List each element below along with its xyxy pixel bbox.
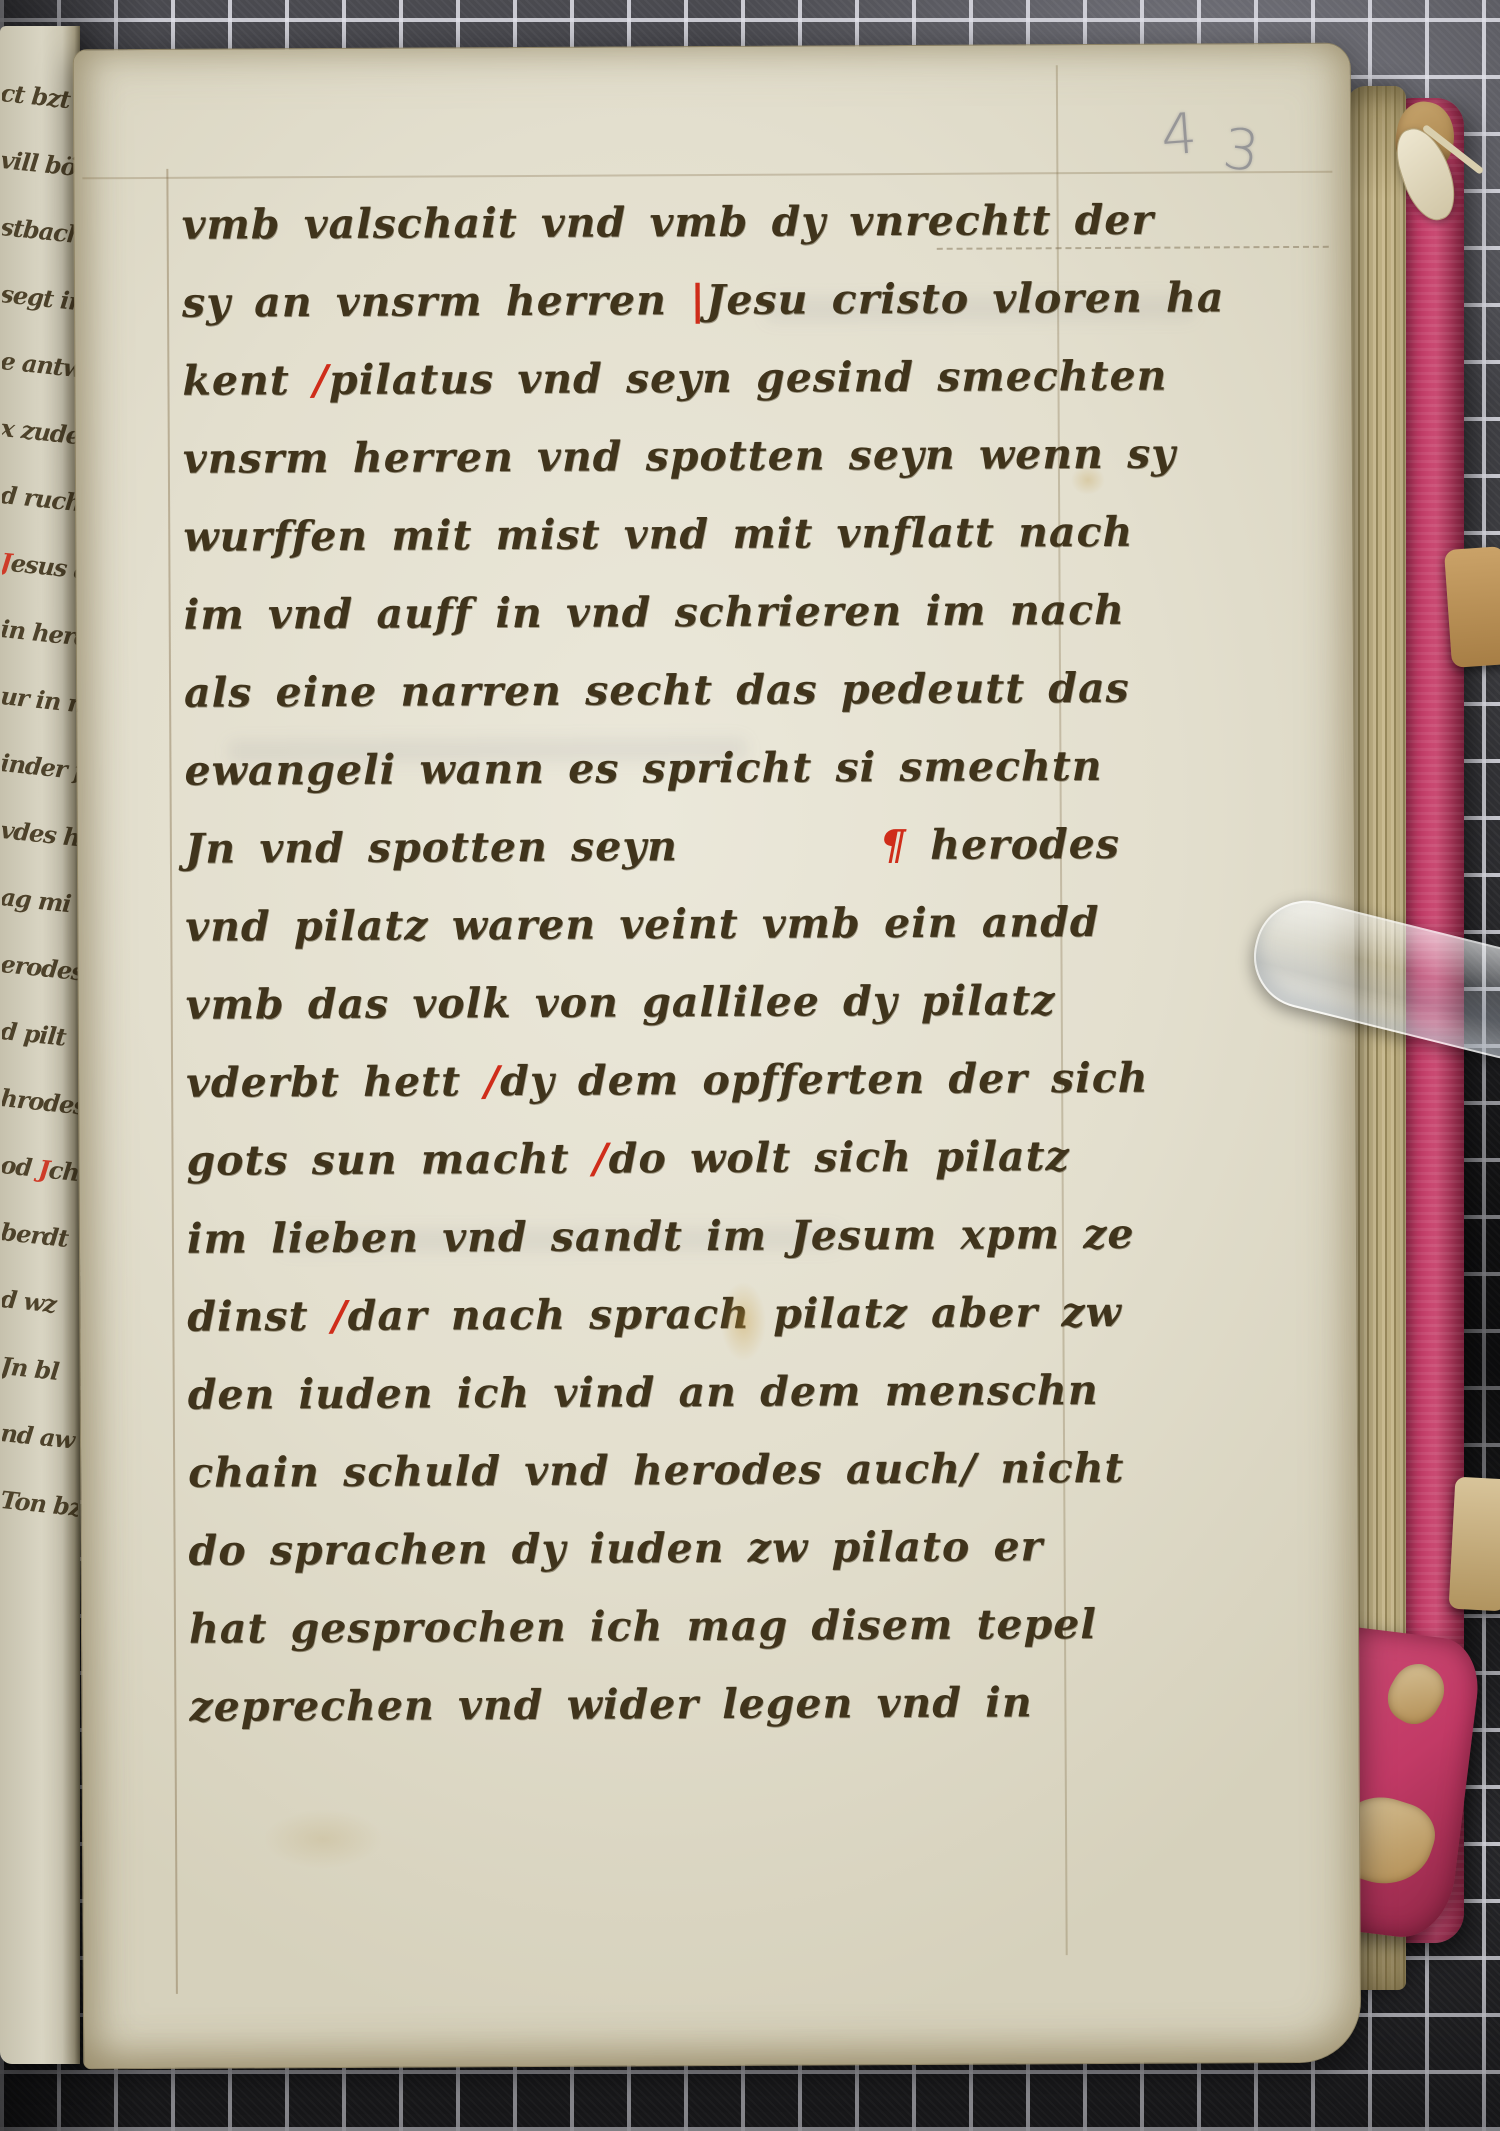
page-number-digit: 3 xyxy=(1219,116,1262,185)
line-segment: do sprachen dy iuden zw pilato er xyxy=(188,1517,1043,1579)
stain xyxy=(263,1809,383,1870)
manuscript-line: Jn vnd spotten seyn¶ herodes xyxy=(185,815,1120,898)
manuscript-line: vnsrm herren vnd spotten seyn wenn sy xyxy=(183,425,1118,508)
line-segment: Jesu cristo vloren ha xyxy=(706,268,1225,329)
facing-page-fragment: hrodes xyxy=(2,1085,78,1160)
manuscript-line: vderbt hett /dy dem opfferten der sich xyxy=(186,1049,1121,1132)
manuscript-line: dinst /dar nach sprach pilatz aber zw xyxy=(187,1283,1122,1366)
line-segment: hat gesprochen ich mag disem tepel xyxy=(189,1595,1097,1658)
line-segment: do wolt sich pilatz xyxy=(609,1127,1070,1187)
facing-page-edge: ct bztvill börstbach spsegt ine antwrtx … xyxy=(0,26,80,2064)
facing-page-fragment: nd aw xyxy=(2,1420,78,1495)
line-segment: in herd xyxy=(2,616,78,692)
line-segment: ¶ xyxy=(880,816,931,874)
line-segment: Ton bz xyxy=(2,1487,78,1562)
line-segment: ewangeli wann es spricht si smechtn xyxy=(184,737,1102,800)
manuscript-line: sy an vnsrm herren |Jesu cristo vloren h… xyxy=(182,269,1117,352)
manuscript-line: im lieben vnd sandt im Jesum xpm ze xyxy=(187,1205,1122,1288)
line-segment: / xyxy=(484,1052,500,1110)
line-segment: d wz xyxy=(2,1286,57,1358)
line-segment: ur in m xyxy=(2,683,78,759)
line-segment: gots sun macht xyxy=(186,1130,593,1190)
line-segment: ag mi xyxy=(2,884,72,958)
strap-fragment-mid xyxy=(1444,546,1500,668)
facing-page-fragment: Ton bz xyxy=(2,1487,78,1562)
facing-page-fragment: d wz xyxy=(2,1286,78,1361)
line-segment: dy dem opfferten der sich xyxy=(500,1049,1149,1110)
facing-page-fragment: erodes b xyxy=(2,951,78,1026)
line-segment: / xyxy=(332,1287,348,1345)
facing-page-fragment: x zuden xyxy=(2,415,78,490)
facing-page-fragment: od Jch xyxy=(2,1152,78,1227)
line-segment: vill bör xyxy=(2,147,78,223)
facing-page-fragment: ct bzt xyxy=(2,80,78,155)
facing-page-fragment: ag mi xyxy=(2,884,78,959)
line-segment: segt in xyxy=(2,281,78,356)
manuscript-line: do sprachen dy iuden zw pilato er xyxy=(188,1517,1123,1600)
line-segment: vmb valschait vnd vmb dy vnrechtt der xyxy=(181,191,1154,254)
line-segment: kent xyxy=(182,351,313,410)
line-segment: chain schuld vnd herodes auch/ nicht xyxy=(188,1439,1124,1502)
line-segment: dar nach sprach pilatz aber zw xyxy=(348,1283,1122,1345)
line-gap xyxy=(678,816,880,817)
line-segment: vnd pilatz waren veint vmb ein andd xyxy=(185,893,1099,956)
line-segment: wurffen mit mist vnd mit vnflatt nach xyxy=(183,503,1133,566)
line-segment: als eine narren secht das pedeutt das xyxy=(184,659,1130,722)
facing-page-fragment: berdt xyxy=(2,1219,78,1294)
facing-page-fragment: d pilt xyxy=(2,1018,78,1093)
manuscript-line: gots sun macht /do wolt sich pilatz xyxy=(186,1127,1121,1210)
manuscript-line: den iuden ich vind an dem menschn xyxy=(188,1361,1123,1444)
line-segment: herodes xyxy=(930,815,1120,874)
facing-page-fragments: ct bztvill börstbach spsegt ine antwrtx … xyxy=(2,80,78,1590)
facing-page-fragment: segt in xyxy=(2,281,78,356)
manuscript-line: vnd pilatz waren veint vmb ein andd xyxy=(185,893,1120,976)
manuscript-line: kent /pilatus vnd seyn gesind smechten xyxy=(182,347,1117,430)
line-segment: pilatus vnd seyn gesind smechten xyxy=(329,347,1168,409)
line-segment: vnsrm herren vnd spotten seyn wenn sy xyxy=(183,425,1177,488)
line-segment: vmb das volk von gallilee dy pilatz xyxy=(186,971,1056,1034)
line-segment: hrodes xyxy=(2,1085,78,1161)
manuscript-line: hat gesprochen ich mag disem tepel xyxy=(189,1595,1124,1678)
line-segment: im lieben vnd sandt im Jesum xpm ze xyxy=(187,1205,1135,1268)
ruling-line-left xyxy=(166,169,178,1994)
facing-page-fragment: d ruchtn xyxy=(2,482,78,557)
manuscript-line: im vnd auff in vnd schrieren im nach xyxy=(184,581,1119,664)
line-segment: Jn vnd spotten seyn xyxy=(185,817,678,878)
line-segment: ch xyxy=(43,1157,78,1227)
line-segment: | xyxy=(690,271,706,329)
line-segment: im vnd auff in vnd schrieren im nach xyxy=(184,581,1126,644)
manuscript-text-block: vmb valschait vnd vmb dy vnrechtt dersy … xyxy=(181,191,1124,1756)
line-segment: Jn bl xyxy=(2,1353,60,1426)
manuscript-line: ewangeli wann es spricht si smechtn xyxy=(184,737,1119,820)
facing-page-fragment: in herd xyxy=(2,616,78,691)
manuscript-line: wurffen mit mist vnd mit vnflatt nach xyxy=(183,503,1118,586)
facing-page-fragment: stbach sp xyxy=(2,214,78,289)
facing-page-fragment: Jesus au xyxy=(2,549,78,624)
facing-page-fragment: Jn bl xyxy=(2,1353,78,1428)
line-segment: sy an vnsrm herren xyxy=(182,271,690,332)
page-number-digit: 4 xyxy=(1159,101,1199,168)
facing-page-fragment: vill bör xyxy=(2,147,78,222)
line-segment: / xyxy=(593,1130,609,1188)
manuscript-line: vmb valschait vnd vmb dy vnrechtt der xyxy=(181,191,1116,274)
manuscript-line: zeprechen vnd wider legen vnd in xyxy=(189,1673,1124,1756)
line-segment: / xyxy=(313,351,329,409)
manuscript-page: 43 vmb valschait vnd vmb dy vnrechtt der… xyxy=(73,43,1362,2070)
ruling-line-top xyxy=(82,171,1332,180)
line-segment: vdes h xyxy=(2,817,78,892)
manuscript-photo: ct bztvill börstbach spsegt ine antwrtx … xyxy=(0,0,1500,2131)
facing-page-fragment: ur in m xyxy=(2,683,78,758)
manuscript-line: chain schuld vnd herodes auch/ nicht xyxy=(188,1439,1123,1522)
line-segment: ct bzt xyxy=(2,80,71,154)
line-segment: vderbt hett xyxy=(186,1052,484,1112)
page-number-pencil: 43 xyxy=(1161,102,1259,168)
strap-fragment-low xyxy=(1449,1477,1500,1612)
facing-page-fragment: e antwrt xyxy=(2,348,78,423)
facing-page-fragment: vdes h xyxy=(2,817,78,892)
line-segment: inder fl xyxy=(2,750,78,826)
line-segment: d pilt xyxy=(2,1018,67,1091)
line-segment: zeprechen vnd wider legen vnd in xyxy=(189,1673,1032,1735)
line-segment: berdt xyxy=(2,1219,69,1293)
manuscript-line: als eine narren secht das pedeutt das xyxy=(184,659,1119,742)
line-segment: dinst xyxy=(187,1287,332,1346)
manuscript-line: vmb das volk von gallilee dy pilatz xyxy=(186,971,1121,1054)
line-segment: den iuden ich vind an dem menschn xyxy=(188,1361,1099,1424)
line-segment: nd aw xyxy=(2,1420,75,1494)
facing-page-fragment: inder fl xyxy=(2,750,78,825)
